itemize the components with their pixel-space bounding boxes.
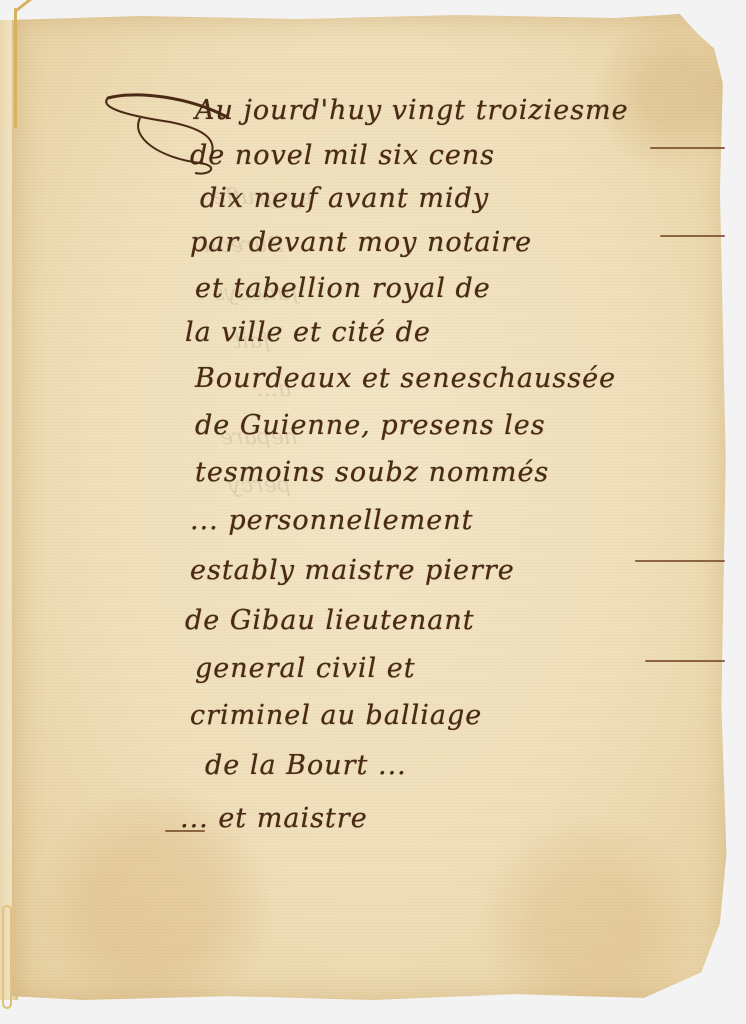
binding-thread [14,8,17,128]
line-filler-stroke [645,660,725,662]
text-line: dix neuf avant midy [200,183,489,214]
text-line: de Guienne, presens les [195,410,546,441]
scanned-document: ey gruffe Bureau fancoys fait a... nepar… [0,0,746,1024]
text-line: par devant moy notaire [190,227,532,258]
binding-thread-tail [14,0,43,13]
text-line: de Gibau lieutenant [185,605,475,636]
line-filler-stroke [165,830,205,832]
binding-thread-bottom [2,905,12,1009]
text-line: estably maistre pierre [190,555,515,586]
line-filler-stroke [660,235,725,237]
text-line: criminel au balliage [190,700,482,731]
text-line: ... et maistre [180,803,368,834]
text-line: ... personnellement [190,505,473,536]
text-line: Bourdeaux et seneschaussée [195,363,616,394]
text-line: de la Bourt ... [205,750,407,781]
text-line: general civil et [195,653,416,684]
text-line: la ville et cité de [185,317,431,348]
line-filler-stroke [650,147,725,149]
text-line: de novel mil six cens [190,140,495,171]
text-line: tesmoins soubz nommés [195,457,549,488]
text-line: et tabellion royal de [195,273,491,304]
text-line: Au jourd'huy vingt troiziesme [195,95,629,126]
line-filler-stroke [635,560,725,562]
